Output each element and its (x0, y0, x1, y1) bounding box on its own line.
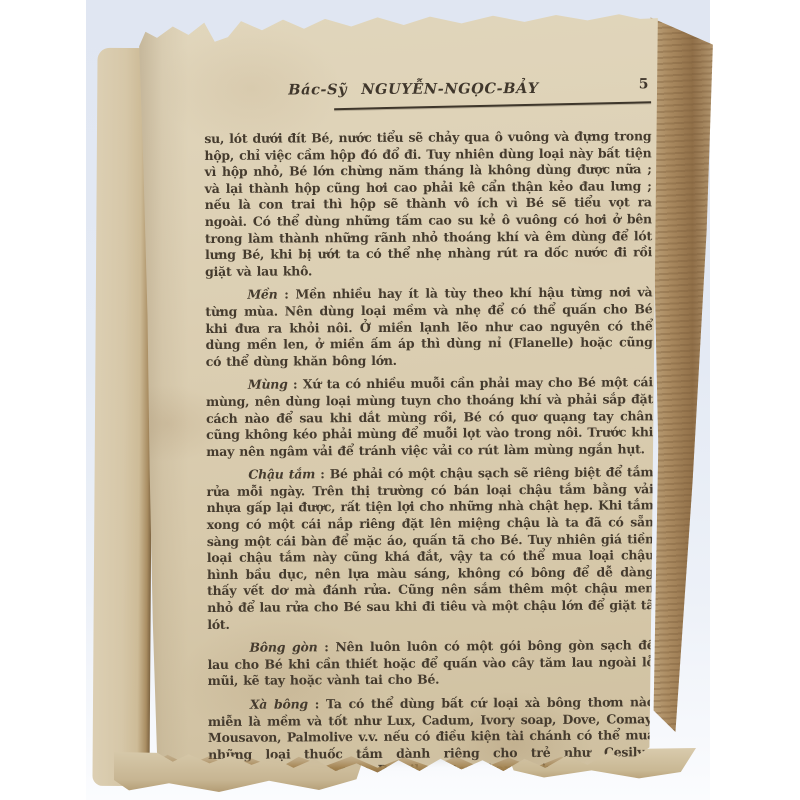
page-content: Bác-SỹNGUYỄN-NGỌC-BẢY 5 su, lót dưới đít… (204, 79, 655, 800)
paragraph: Chậu tắm : Bé phải có một chậu sạch sẽ r… (206, 465, 654, 634)
paragraph: su, lót dưới đít Bé, nước tiểu sẽ chảy q… (204, 128, 652, 280)
paragraph-separator: : (277, 287, 295, 302)
paragraph: Mùng : Xứ ta có nhiều muỗi cần phải may … (206, 375, 653, 461)
paragraph: Mền : Mền nhiều hay ít là tùy theo khí h… (205, 285, 652, 371)
author-name: NGUYỄN-NGỌC-BẢY (361, 80, 539, 98)
photo-background: Bác-SỹNGUYỄN-NGỌC-BẢY 5 su, lót dưới đít… (86, 0, 710, 800)
paragraph-separator: : (308, 696, 326, 711)
paragraph-text: su, lót dưới đít Bé, nước tiểu sẽ chảy q… (204, 128, 652, 278)
author-title: Bác-Sỹ (288, 81, 347, 98)
paragraph-separator: : (317, 639, 335, 654)
page-number: 5 (639, 76, 649, 92)
paragraph-separator: : (288, 377, 303, 392)
text-block: su, lót dưới đít Bé, nước tiểu sẽ chảy q… (204, 128, 655, 796)
paragraph-label: Chậu tắm (248, 467, 315, 482)
paragraph-label: Bông gòn (249, 640, 317, 655)
paragraph: Bông gòn : Nên luôn luôn có một gói bông… (207, 637, 654, 690)
book-page: Bác-SỹNGUYỄN-NGỌC-BẢY 5 su, lót dưới đít… (136, 12, 661, 774)
paragraph-separator: : (315, 467, 330, 482)
page-header: Bác-SỹNGUYỄN-NGỌC-BẢY 5 (204, 79, 651, 104)
paragraph-text: Bé phải có một chậu sạch sẽ riêng biệt đ… (206, 465, 654, 632)
paragraph-label: Mùng (248, 377, 288, 392)
paragraph-label: Xà bông (250, 696, 308, 711)
running-head: Bác-SỹNGUYỄN-NGỌC-BẢY (204, 79, 623, 99)
paragraph-label: Mền (247, 287, 277, 302)
